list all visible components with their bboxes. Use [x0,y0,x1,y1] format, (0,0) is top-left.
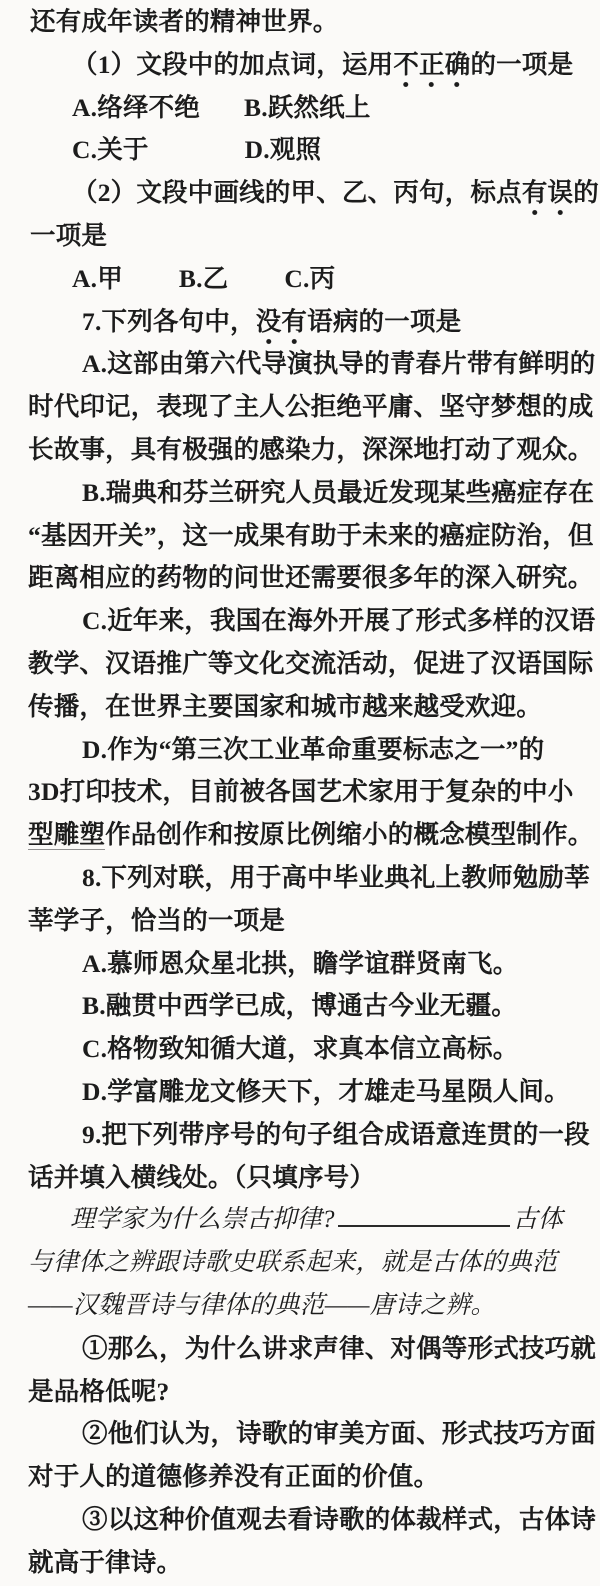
text-run: 是品格低呢? [28,1377,169,1406]
q2-options-row: A.甲B.乙C.丙 [28,258,592,301]
q7-option-d-line1: D.作为“第三次工业革命重要标志之一”的 [28,729,592,772]
text-run: 的 [573,178,599,207]
text-run: B.跃然纸上 [244,93,371,122]
text-run: 还有成年读者的精神世界。 [30,7,338,36]
q7-option-d-line3: 型雕塑作品创作和按原比例缩小的概念模型制作。 [28,814,592,857]
text-run: A.络绎不绝 [72,93,200,122]
text-run: 作品创作和按原比例缩小的概念模型制作。 [105,820,593,849]
q8-option-b: B.融贯中西学已成，博通古今业无疆。 [28,985,592,1028]
q9-sentence-2-line2: 对于人的道德修养没有正面的价值。 [28,1456,592,1499]
text-run: A.这部由第六代导演执导的青春片带有鲜明的 [82,349,596,378]
text-run: ①那么，为什么讲求声律、对偶等形式技巧就 [82,1334,596,1363]
text-run: B.融贯中西学已成，博通古今业无疆。 [82,991,517,1020]
q7-option-c-line3: 传播，在世界主要国家和城市越来越受欢迎。 [28,686,592,729]
intro-line: 还有成年读者的精神世界。 [28,1,592,44]
q9-stem-line1: 9.把下列带序号的句子组合成语意连贯的一段 [28,1114,592,1157]
text-run: C.近年来，我国在海外开展了形式多样的汉语 [82,606,596,635]
column-gap [149,157,245,158]
text-run: 距离相应的药物的问世还需要很多年的深入研究。 [28,563,593,592]
q9-passage-line3: ——汉魏晋诗与律体的典范——唐诗之辨。 [28,1285,592,1328]
text-run: ——汉魏晋诗与律体的典范——唐诗之辨。 [28,1292,496,1319]
text-run: C.格物致知循大道，求真本信立高标。 [82,1034,518,1063]
q1-options-row-cd: C.关于D.观照 [28,129,592,172]
q8-option-a: A.慕师恩众星北拱，瞻学谊群贤南飞。 [28,943,592,986]
text-run: 话并填入横线处。（只填序号） [28,1163,375,1192]
column-gap [200,115,244,116]
q7-option-b-line3: 距离相应的药物的问世还需要很多年的深入研究。 [28,557,592,600]
text-run: 9.把下列带序号的句子组合成语意连贯的一段 [82,1120,590,1149]
emphasis-dotted-text: 没有 [256,307,307,345]
q2-stem-continuation: 一项是 [28,215,592,258]
q8-stem-line1: 8.下列对联，用于高中毕业典礼上教师勉励莘 [28,857,592,900]
q2-stem: （2）文段中画线的甲、乙、丙句，标点有误的 [28,172,592,215]
q9-passage-line2: 与律体之辨跟诗歌史联系起来，就是古体的典范 [28,1242,592,1285]
q7-option-a-line3: 长故事，具有极强的感染力，深深地打动了观众。 [28,429,592,472]
q7-option-a-line1: A.这部由第六代导演执导的青春片带有鲜明的 [28,343,592,386]
text-run: 与律体之辨跟诗歌史联系起来，就是古体的典范 [28,1249,557,1276]
q7-option-b-line2: “基因开关”，这一成果有助于未来的癌症防治，但 [28,515,592,558]
q7-option-c-line1: C.近年来，我国在海外开展了形式多样的汉语 [28,600,592,643]
q9-passage-line1: 理学家为什么崇古抑律?古体 [28,1199,592,1242]
q9-sentence-1-line2: 是品格低呢? [28,1371,592,1414]
q7-option-c-line2: 教学、汉语推广等文化交流活动，促进了汉语国际 [28,643,592,686]
text-run: （2）文段中画线的甲、乙、丙句，标点 [72,178,522,207]
text-run: （1）文段中的加点词，运用 [72,50,393,79]
text-run: 语病的一项是 [307,307,461,336]
q8-stem-line2: 莘学子，恰当的一项是 [28,900,592,943]
text-run: 一项是 [30,221,107,250]
text-run: D.观照 [245,135,322,164]
text-run: 的一项是 [470,50,573,79]
q1-options-row-ab: A.络绎不绝B.跃然纸上 [28,87,592,130]
text-run: B.瑞典和芬兰研究人员最近发现某些癌症存在 [82,478,594,507]
text-run: C.关于 [72,135,149,164]
text-run: B.乙 [179,264,228,293]
text-run: 7.下列各句中， [82,307,256,336]
q7-option-b-line1: B.瑞典和芬兰研究人员最近发现某些癌症存在 [28,472,592,515]
q1-stem: （1）文段中的加点词，运用不正确的一项是 [28,44,592,87]
q9-sentence-2-line1: ②他们认为，诗歌的审美方面、形式技巧方面 [28,1413,592,1456]
text-run: 对于人的道德修养没有正面的价值。 [28,1462,439,1491]
q9-sentence-3-line2: 就高于律诗。 [28,1542,592,1585]
emphasis-dotted-text: 不正确 [393,50,470,88]
emphasis-dotted-text: 有误 [522,178,573,216]
q9-sentence-1-line1: ①那么，为什么讲求声律、对偶等形式技巧就 [28,1328,592,1371]
text-run: 教学、汉语推广等文化交流活动，促进了汉语国际 [28,649,593,678]
document-page: 还有成年读者的精神世界。（1）文段中的加点词，运用不正确的一项是A.络绎不绝B.… [0,0,600,1586]
q9-sentence-3-line1: ③以这种价值观去看诗歌的体裁样式，古体诗 [28,1499,592,1542]
text-run: 3D打印技术，目前被各国艺术家用于复杂的中小 [28,777,574,806]
underlined-text: 型雕塑 [28,820,105,850]
q7-stem: 7.下列各句中，没有语病的一项是 [28,301,592,344]
text-run: A.甲 [72,264,123,293]
text-run: A.慕师恩众星北拱，瞻学谊群贤南飞。 [82,949,518,978]
text-run: 长故事，具有极强的感染力，深深地打动了观众。 [28,435,593,464]
text-run: D.作为“第三次工业革命重要标志之一”的 [82,735,544,764]
text-run: ③以这种价值观去看诗歌的体裁样式，古体诗 [82,1505,596,1534]
fill-in-blank-line [338,1223,510,1227]
q7-option-d-line2: 3D打印技术，目前被各国艺术家用于复杂的中小 [28,771,592,814]
text-run: 就高于律诗。 [28,1548,182,1577]
text-run: “基因开关”，这一成果有助于未来的癌症防治，但 [28,521,594,550]
column-gap [228,286,284,287]
text-run: 传播，在世界主要国家和城市越来越受欢迎。 [28,692,542,721]
text-run: 古体 [513,1206,563,1233]
text-run: C.丙 [284,264,335,293]
q8-option-c: C.格物致知循大道，求真本信立高标。 [28,1028,592,1071]
column-gap [123,286,179,287]
q9-stem-line2: 话并填入横线处。（只填序号） [28,1157,592,1200]
text-run: 时代印记，表现了主人公拒绝平庸、坚守梦想的成 [28,392,593,421]
text-run: 8.下列对联，用于高中毕业典礼上教师勉励莘 [82,863,590,892]
text-run: ②他们认为，诗歌的审美方面、形式技巧方面 [82,1419,596,1448]
text-run: D.学富雕龙文修天下，才雄走马星陨人间。 [82,1077,570,1106]
text-run: 理学家为什么崇古抑律? [70,1206,335,1233]
q8-option-d: D.学富雕龙文修天下，才雄走马星陨人间。 [28,1071,592,1114]
q7-option-a-line2: 时代印记，表现了主人公拒绝平庸、坚守梦想的成 [28,386,592,429]
text-run: 莘学子，恰当的一项是 [28,906,285,935]
